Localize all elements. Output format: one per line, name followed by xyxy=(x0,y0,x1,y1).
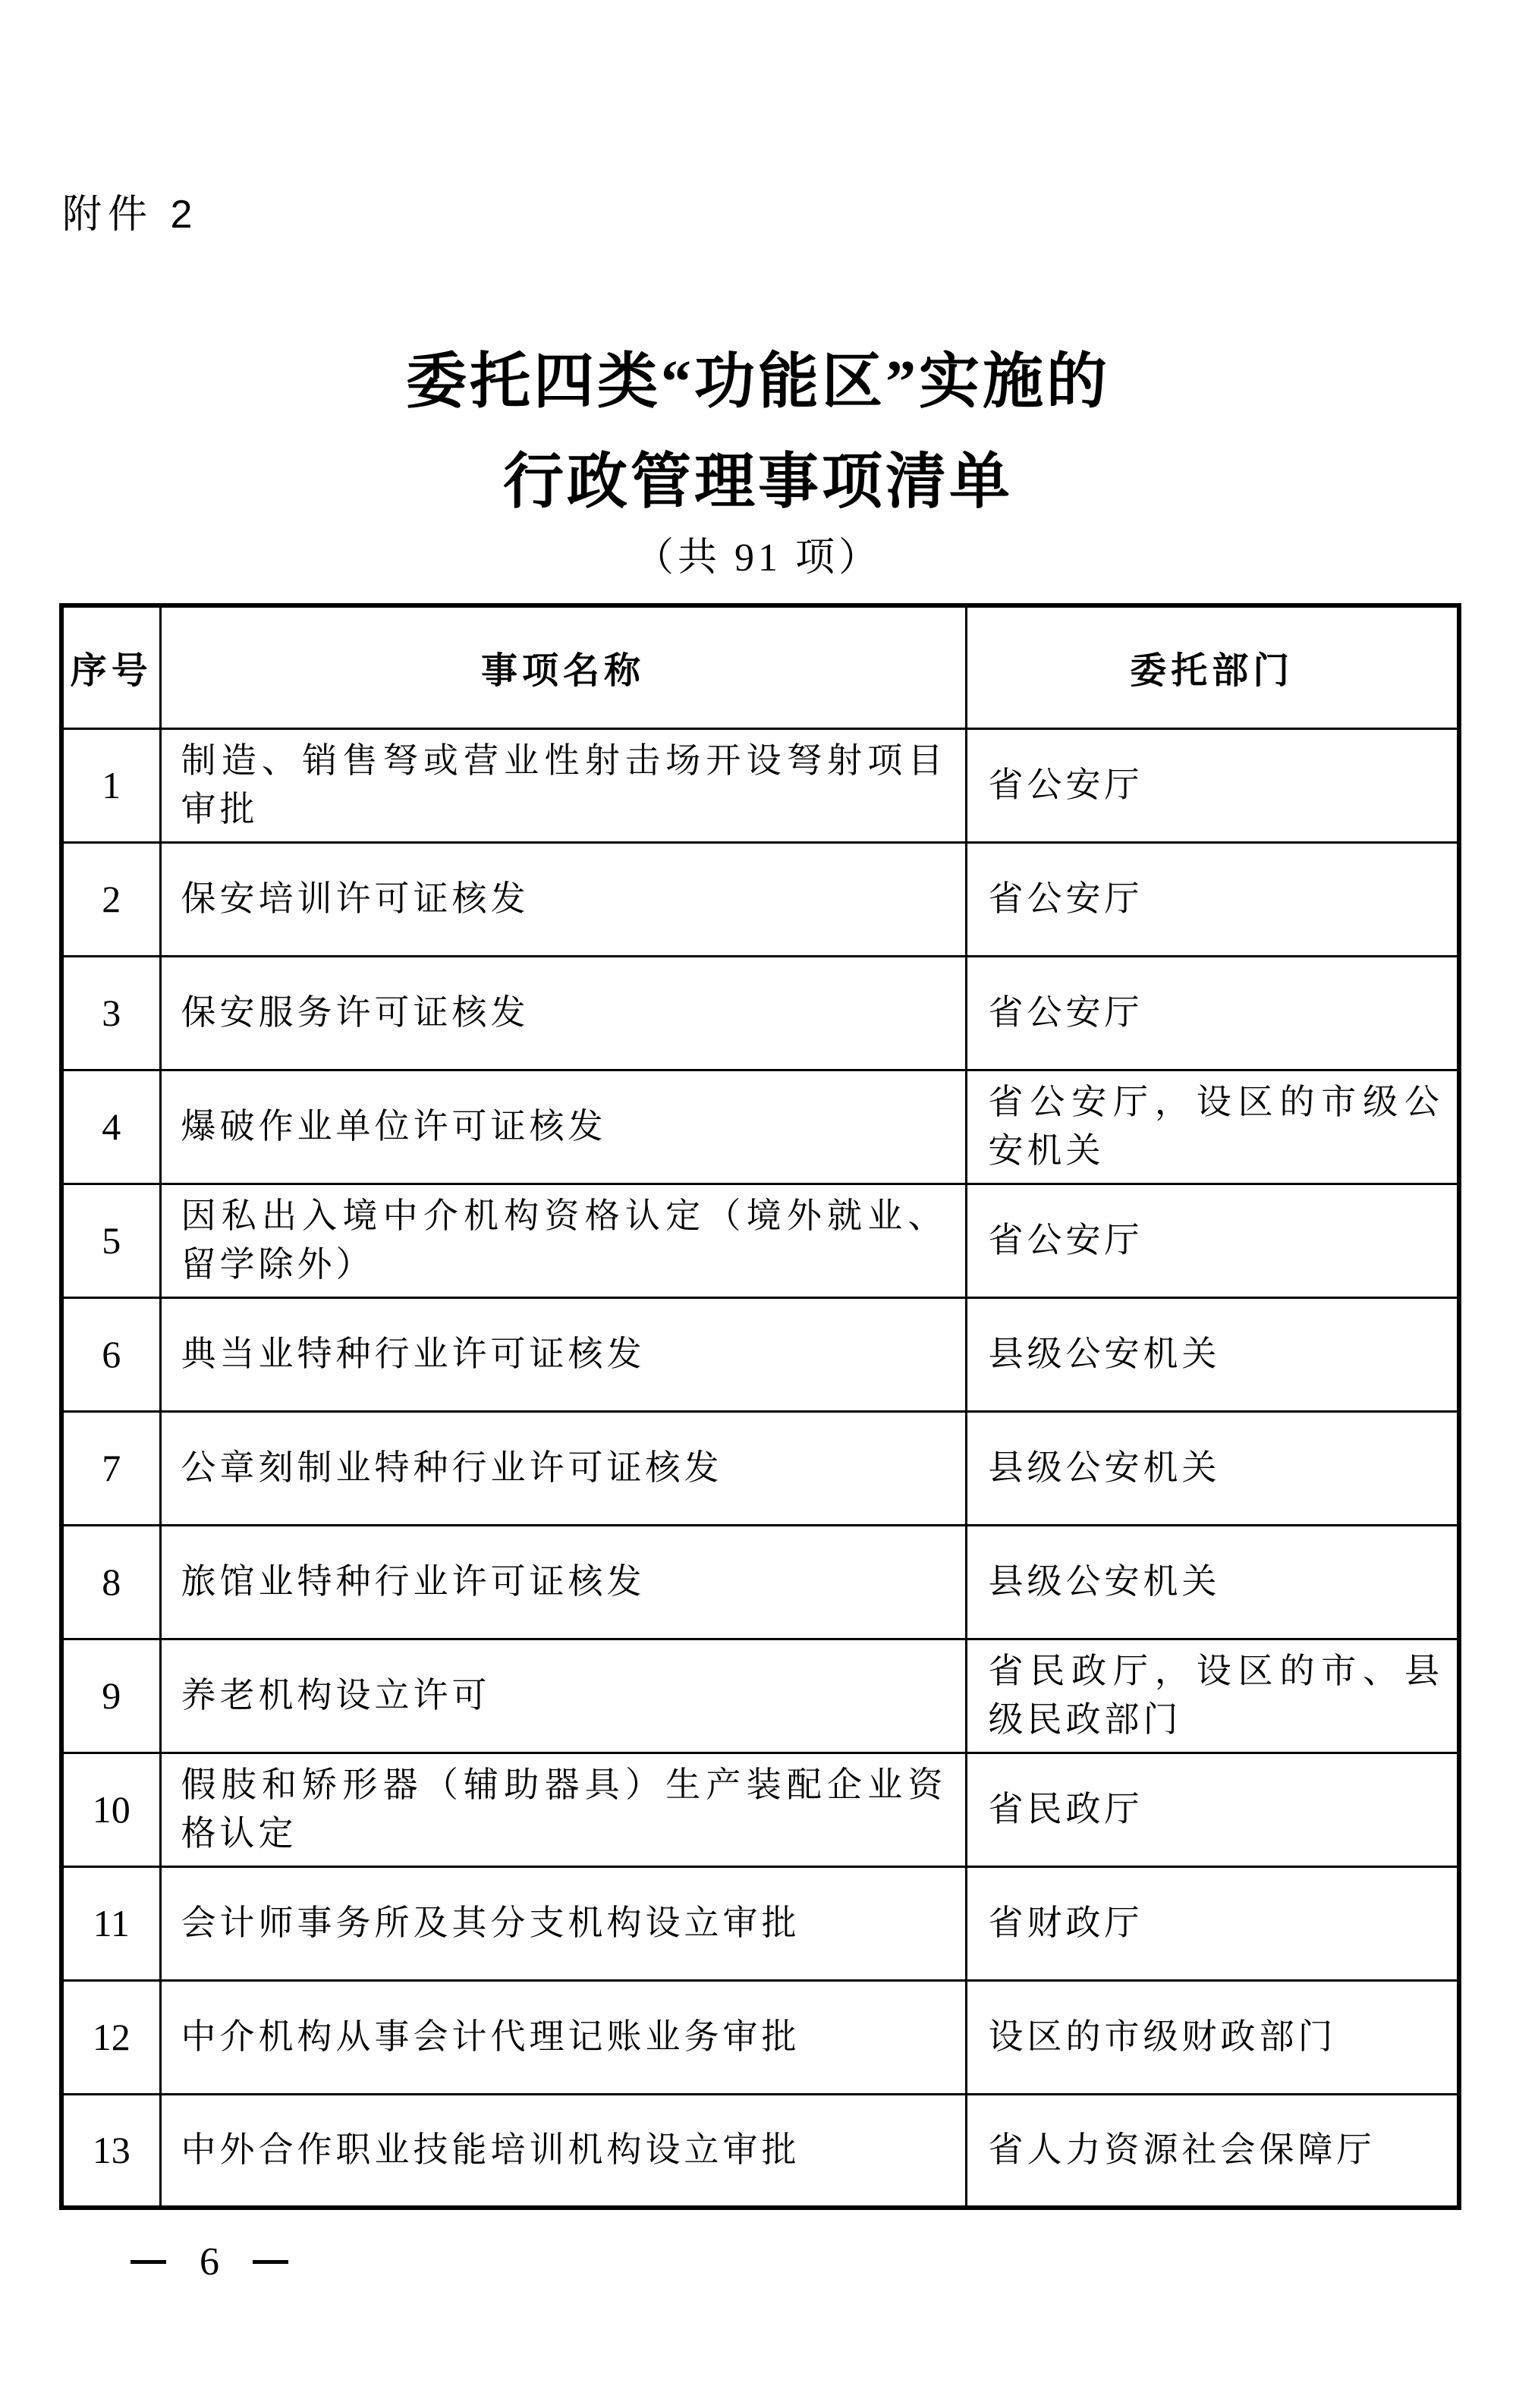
items-table: 序号 事项名称 委托部门 1 制造、销售弩或营业性射击场开设弩射项目审批 省公安… xyxy=(59,603,1461,2210)
document-title-line2: 行政管理事项清单 xyxy=(0,432,1516,533)
table-row: 13 中外合作职业技能培训机构设立审批 省人力资源社会保障厅 xyxy=(61,2094,1459,2208)
row-number-cell: 11 xyxy=(61,1866,160,1980)
attachment-label: 附件 2 xyxy=(62,190,198,240)
row-number-cell: 5 xyxy=(61,1184,160,1297)
item-name-cell: 会计师事务所及其分支机构设立审批 xyxy=(160,1866,966,1980)
row-number-cell: 6 xyxy=(61,1297,160,1411)
row-number-cell: 1 xyxy=(61,728,160,842)
table-row: 4 爆破作业单位许可证核发 省公安厅，设区的市级公安机关 xyxy=(61,1070,1459,1184)
item-name-cell: 中外合作职业技能培训机构设立审批 xyxy=(160,2094,966,2208)
document-title-line1: 委托四类“功能区”实施的 xyxy=(0,332,1516,432)
department-cell: 省公安厅 xyxy=(966,728,1459,842)
department-cell: 省公安厅，设区的市级公安机关 xyxy=(966,1070,1459,1184)
item-name-cell: 旅馆业特种行业许可证核发 xyxy=(160,1525,966,1639)
table-header-row: 序号 事项名称 委托部门 xyxy=(61,605,1459,728)
row-number-cell: 7 xyxy=(61,1411,160,1525)
department-cell: 县级公安机关 xyxy=(966,1411,1459,1525)
row-number-cell: 9 xyxy=(61,1639,160,1753)
item-name-cell: 中介机构从事会计代理记账业务审批 xyxy=(160,1980,966,2094)
page-number-dash-right xyxy=(253,2260,288,2264)
table-row: 11 会计师事务所及其分支机构设立审批 省财政厅 xyxy=(61,1866,1459,1980)
table-row: 5 因私出入境中介机构资格认定（境外就业、留学除外） 省公安厅 xyxy=(61,1184,1459,1297)
item-name-cell: 养老机构设立许可 xyxy=(160,1639,966,1753)
row-number-cell: 3 xyxy=(61,956,160,1070)
item-name-cell: 保安培训许可证核发 xyxy=(160,842,966,956)
document-page: 附件 2 委托四类“功能区”实施的 行政管理事项清单 （共 91 项） 序号 事… xyxy=(0,0,1516,2408)
department-cell: 省人力资源社会保障厅 xyxy=(966,2094,1459,2208)
item-name-cell: 保安服务许可证核发 xyxy=(160,956,966,1070)
table-row: 10 假肢和矫形器（辅助器具）生产装配企业资格认定 省民政厅 xyxy=(61,1753,1459,1866)
department-cell: 省公安厅 xyxy=(966,1184,1459,1297)
row-number-cell: 8 xyxy=(61,1525,160,1639)
item-name-cell: 爆破作业单位许可证核发 xyxy=(160,1070,966,1184)
page-number: 6 xyxy=(200,2240,219,2284)
department-cell: 省财政厅 xyxy=(966,1866,1459,1980)
page-footer: 6 xyxy=(131,2240,288,2284)
department-cell: 省公安厅 xyxy=(966,956,1459,1070)
item-name-cell: 制造、销售弩或营业性射击场开设弩射项目审批 xyxy=(160,728,966,842)
table-row: 9 养老机构设立许可 省民政厅，设区的市、县级民政部门 xyxy=(61,1639,1459,1753)
table-header: 序号 事项名称 委托部门 xyxy=(61,605,1459,728)
document-title: 委托四类“功能区”实施的 行政管理事项清单 xyxy=(0,332,1516,533)
item-name-cell: 假肢和矫形器（辅助器具）生产装配企业资格认定 xyxy=(160,1753,966,1866)
table-row: 1 制造、销售弩或营业性射击场开设弩射项目审批 省公安厅 xyxy=(61,728,1459,842)
table-row: 7 公章刻制业特种行业许可证核发 县级公安机关 xyxy=(61,1411,1459,1525)
table-row: 6 典当业特种行业许可证核发 县级公安机关 xyxy=(61,1297,1459,1411)
row-number-cell: 12 xyxy=(61,1980,160,2094)
table-row: 8 旅馆业特种行业许可证核发 县级公安机关 xyxy=(61,1525,1459,1639)
header-no: 序号 xyxy=(61,605,160,728)
department-cell: 省民政厅，设区的市、县级民政部门 xyxy=(966,1639,1459,1753)
table-body: 1 制造、销售弩或营业性射击场开设弩射项目审批 省公安厅 2 保安培训许可证核发… xyxy=(61,728,1459,2208)
row-number-cell: 10 xyxy=(61,1753,160,1866)
table-row: 2 保安培训许可证核发 省公安厅 xyxy=(61,842,1459,956)
item-name-cell: 典当业特种行业许可证核发 xyxy=(160,1297,966,1411)
document-subtitle: （共 91 项） xyxy=(0,536,1516,581)
header-department: 委托部门 xyxy=(966,605,1459,728)
page-number-dash-left xyxy=(131,2260,166,2264)
department-cell: 县级公安机关 xyxy=(966,1297,1459,1411)
item-name-cell: 公章刻制业特种行业许可证核发 xyxy=(160,1411,966,1525)
department-cell: 设区的市级财政部门 xyxy=(966,1980,1459,2094)
department-cell: 省民政厅 xyxy=(966,1753,1459,1866)
row-number-cell: 2 xyxy=(61,842,160,956)
header-item-name: 事项名称 xyxy=(160,605,966,728)
item-name-cell: 因私出入境中介机构资格认定（境外就业、留学除外） xyxy=(160,1184,966,1297)
row-number-cell: 13 xyxy=(61,2094,160,2208)
table-row: 12 中介机构从事会计代理记账业务审批 设区的市级财政部门 xyxy=(61,1980,1459,2094)
row-number-cell: 4 xyxy=(61,1070,160,1184)
department-cell: 县级公安机关 xyxy=(966,1525,1459,1639)
department-cell: 省公安厅 xyxy=(966,842,1459,956)
table-row: 3 保安服务许可证核发 省公安厅 xyxy=(61,956,1459,1070)
